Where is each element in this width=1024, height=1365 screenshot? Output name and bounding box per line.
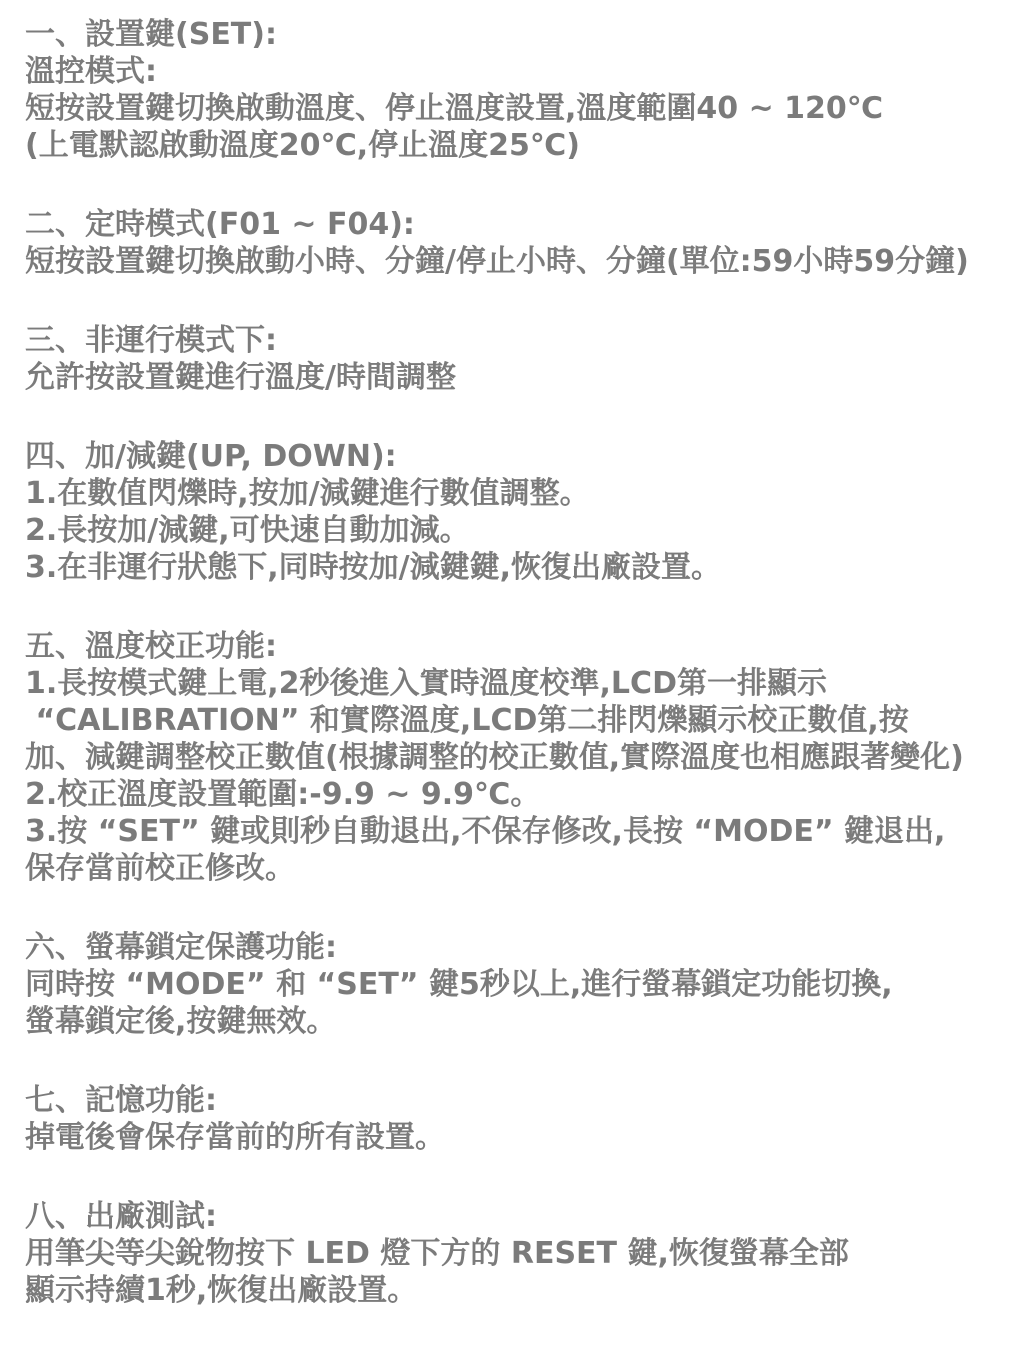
section-set-key: 一、設置鍵(SET): 溫控模式: 短按設置鍵切換啟動溫度、停止溫度設置,溫度範… — [25, 16, 1018, 164]
manual-document: 一、設置鍵(SET): 溫控模式: 短按設置鍵切換啟動溫度、停止溫度設置,溫度範… — [0, 0, 1024, 1365]
text-line: 用筆尖等尖銳物按下 LED 燈下方的 RESET 鍵,恢復螢幕全部 — [25, 1235, 1018, 1272]
section-up-down-keys: 四、加/減鍵(UP, DOWN): 1.在數值閃爍時,按加/減鍵進行數值調整。 … — [25, 438, 1018, 586]
section-heading: 四、加/減鍵(UP, DOWN): — [25, 438, 1018, 475]
text-line: 3.在非運行狀態下,同時按加/減鍵鍵,恢復出廠設置。 — [25, 549, 1018, 586]
text-line: 溫控模式: — [25, 53, 1018, 90]
section-memory-function: 七、記憶功能: 掉電後會保存當前的所有設置。 — [25, 1082, 1018, 1156]
section-heading: 六、螢幕鎖定保護功能: — [25, 929, 1018, 966]
text-line: 1.長按模式鍵上電,2秒後進入實時溫度校準,LCD第一排顯示 — [25, 665, 1018, 702]
section-heading: 五、溫度校正功能: — [25, 628, 1018, 665]
text-line: 短按設置鍵切換啟動小時、分鐘/停止小時、分鐘(單位:59小時59分鐘) — [25, 243, 1018, 280]
section-heading: 三、非運行模式下: — [25, 322, 1018, 359]
text-line: 短按設置鍵切換啟動溫度、停止溫度設置,溫度範圍40 ~ 120℃ — [25, 90, 1018, 127]
section-temperature-calibration: 五、溫度校正功能: 1.長按模式鍵上電,2秒後進入實時溫度校準,LCD第一排顯示… — [25, 628, 1018, 887]
text-line: (上電默認啟動溫度20℃,停止溫度25℃) — [25, 127, 1018, 164]
text-line: “CALIBRATION” 和實際溫度,LCD第二排閃爍顯示校正數值,按 — [25, 702, 1018, 739]
text-line: 螢幕鎖定後,按鍵無效。 — [25, 1003, 1018, 1040]
text-line: 2.校正溫度設置範圍:-9.9 ~ 9.9℃。 — [25, 776, 1018, 813]
section-screen-lock: 六、螢幕鎖定保護功能: 同時按 “MODE” 和 “SET” 鍵5秒以上,進行螢… — [25, 929, 1018, 1040]
section-non-running-mode: 三、非運行模式下: 允許按設置鍵進行溫度/時間調整 — [25, 322, 1018, 396]
text-line: 1.在數值閃爍時,按加/減鍵進行數值調整。 — [25, 475, 1018, 512]
section-heading: 七、記憶功能: — [25, 1082, 1018, 1119]
section-factory-test: 八、出廠測試: 用筆尖等尖銳物按下 LED 燈下方的 RESET 鍵,恢復螢幕全… — [25, 1198, 1018, 1309]
text-line: 3.按 “SET” 鍵或則秒自動退出,不保存修改,長按 “MODE” 鍵退出, — [25, 813, 1018, 850]
section-heading: 二、定時模式(F01 ~ F04): — [25, 206, 1018, 243]
text-line: 保存當前校正修改。 — [25, 850, 1018, 887]
text-line: 加、減鍵調整校正數值(根據調整的校正數值,實際溫度也相應跟著變化) — [25, 739, 1018, 776]
section-timer-mode: 二、定時模式(F01 ~ F04): 短按設置鍵切換啟動小時、分鐘/停止小時、分… — [25, 206, 1018, 280]
section-heading: 八、出廠測試: — [25, 1198, 1018, 1235]
text-line: 顯示持續1秒,恢復出廠設置。 — [25, 1272, 1018, 1309]
text-line: 掉電後會保存當前的所有設置。 — [25, 1119, 1018, 1156]
text-line: 同時按 “MODE” 和 “SET” 鍵5秒以上,進行螢幕鎖定功能切換, — [25, 966, 1018, 1003]
text-line: 允許按設置鍵進行溫度/時間調整 — [25, 359, 1018, 396]
section-heading: 一、設置鍵(SET): — [25, 16, 1018, 53]
text-line: 2.長按加/減鍵,可快速自動加減。 — [25, 512, 1018, 549]
